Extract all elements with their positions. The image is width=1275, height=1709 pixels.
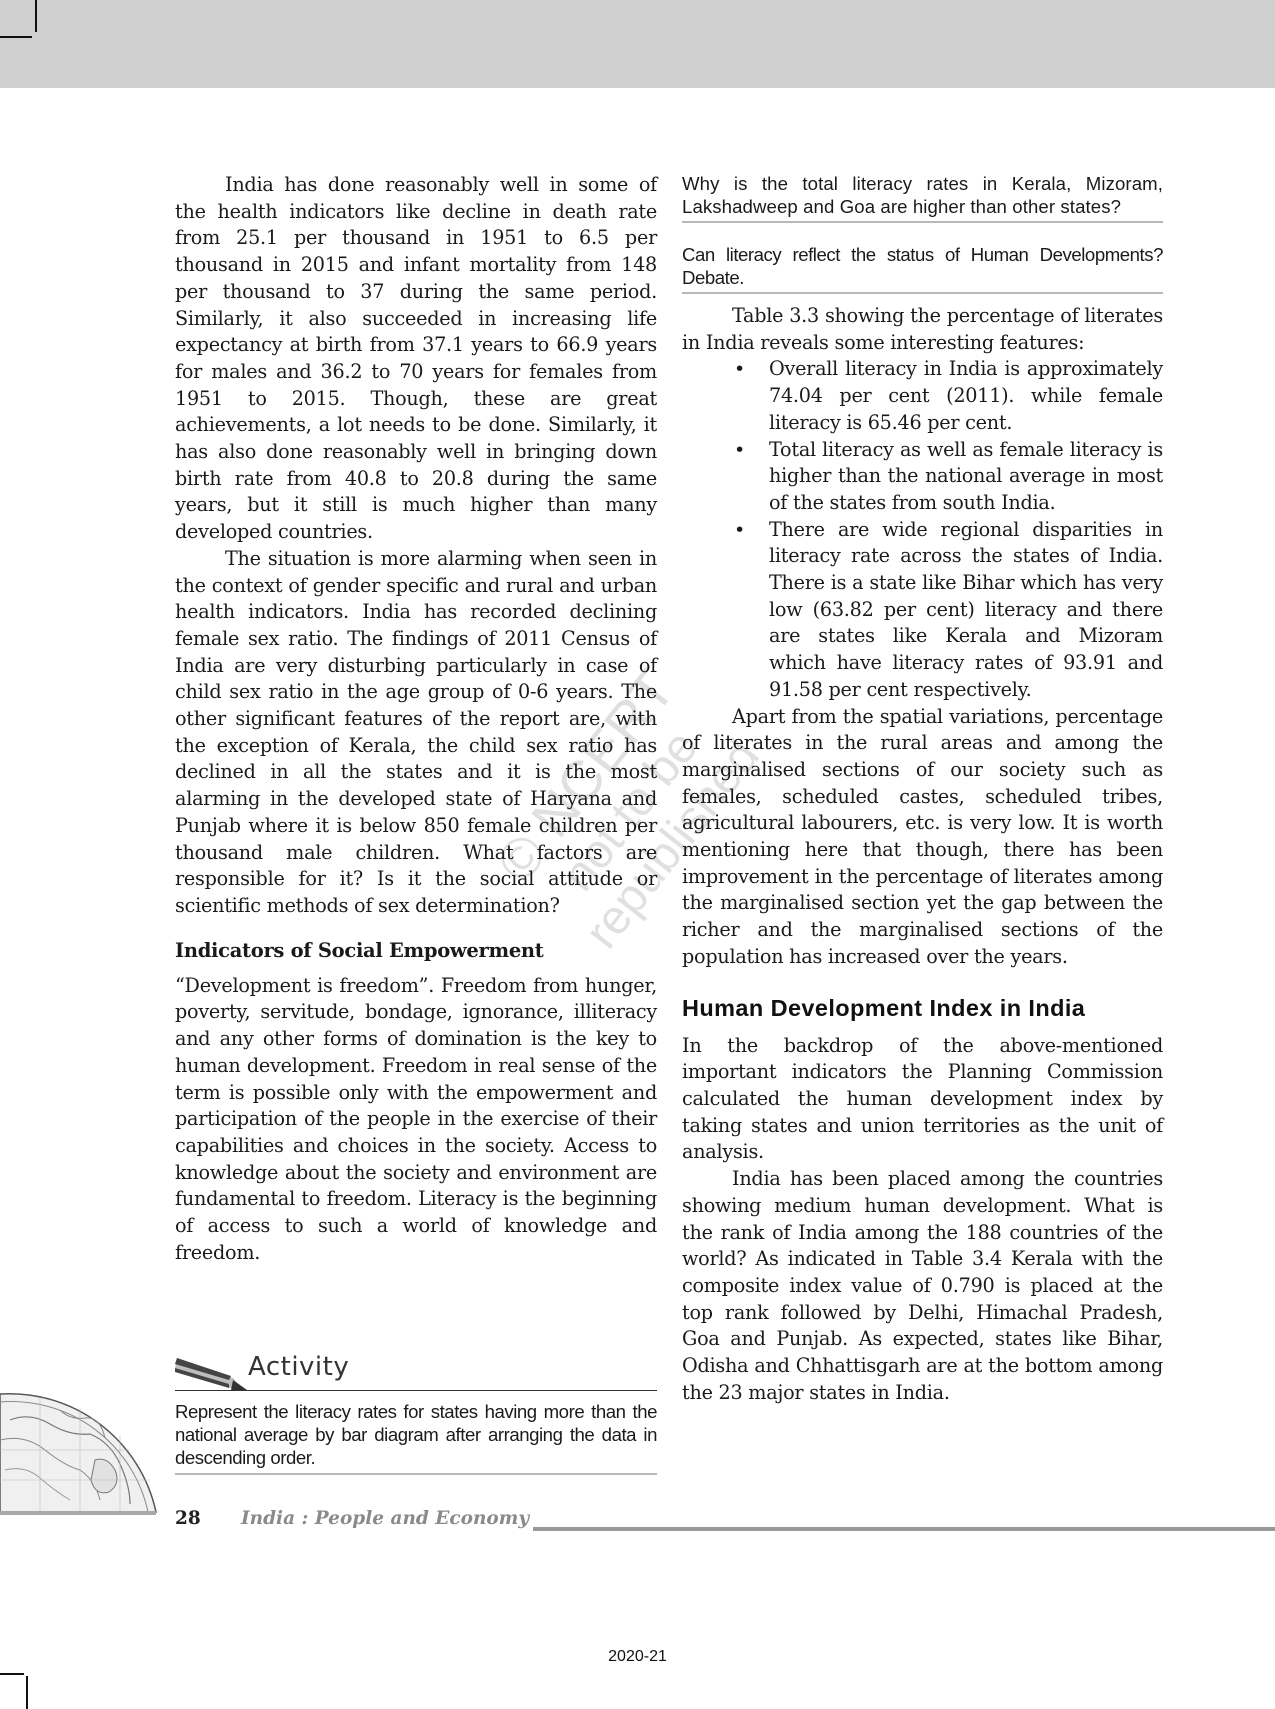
paragraph-table-intro: Table 3.3 showing the percentage of lite… — [682, 303, 1163, 356]
year-stamp: 2020-21 — [0, 1648, 1275, 1666]
question-literacy-debate: Can literacy reflect the status of Human… — [682, 243, 1163, 289]
top-crop-band — [0, 0, 1275, 88]
paragraph-spatial-variations: Apart from the spatial variations, perce… — [682, 704, 1163, 971]
page-footer: 28 India : People and Economy — [175, 1508, 1275, 1538]
activity-text: Represent the literacy rates for states … — [175, 1400, 657, 1469]
crop-mark-bottom-horizontal — [0, 1673, 24, 1675]
paragraph-hdi-rank: India has been placed among the countrie… — [682, 1166, 1163, 1406]
bullet-icon: • — [734, 356, 745, 383]
footer-rule — [533, 1527, 1275, 1531]
right-column: Why is the total literacy rates in Keral… — [682, 172, 1163, 1406]
question-box-literacy-debate: Can literacy reflect the status of Human… — [682, 243, 1163, 294]
bullet-icon: • — [734, 517, 745, 544]
pencil-icon — [175, 1356, 247, 1392]
crop-mark-top-horizontal — [0, 36, 32, 38]
list-item: •Overall literacy in India is approximat… — [682, 356, 1163, 436]
paragraph-health-indicators: India has done reasonably well in some o… — [175, 172, 657, 546]
book-title: India : People and Economy — [241, 1508, 529, 1529]
crop-mark-top-vertical — [35, 0, 37, 32]
question-box-literacy-states: Why is the total literacy rates in Keral… — [682, 172, 1163, 223]
question-literacy-states: Why is the total literacy rates in Keral… — [682, 172, 1163, 218]
crop-mark-bottom-vertical — [26, 1676, 28, 1709]
bullet-icon: • — [734, 437, 745, 464]
globe-map-icon — [0, 1380, 160, 1514]
list-item: •There are wide regional disparities in … — [682, 517, 1163, 704]
paragraph-gender-health: The situation is more alarming when seen… — [175, 546, 657, 920]
activity-box: Represent the literacy rates for states … — [175, 1400, 657, 1475]
list-item: •Total literacy as well as female litera… — [682, 437, 1163, 517]
heading-hdi-india: Human Development Index in India — [682, 993, 1163, 1023]
subheading-social-empowerment: Indicators of Social Empowerment — [175, 938, 657, 964]
paragraph-development-freedom: “Development is freedom”. Freedom from h… — [175, 973, 657, 1267]
paragraph-hdi-backdrop: In the backdrop of the above-mentioned i… — [682, 1033, 1163, 1167]
literacy-features-list: •Overall literacy in India is approximat… — [682, 356, 1163, 703]
page-number: 28 — [175, 1508, 201, 1529]
activity-title: Activity — [248, 1352, 349, 1382]
globe-base-rule — [0, 1511, 156, 1515]
activity-header: Activity — [175, 1352, 657, 1391]
left-column: India has done reasonably well in some o… — [175, 172, 657, 1266]
